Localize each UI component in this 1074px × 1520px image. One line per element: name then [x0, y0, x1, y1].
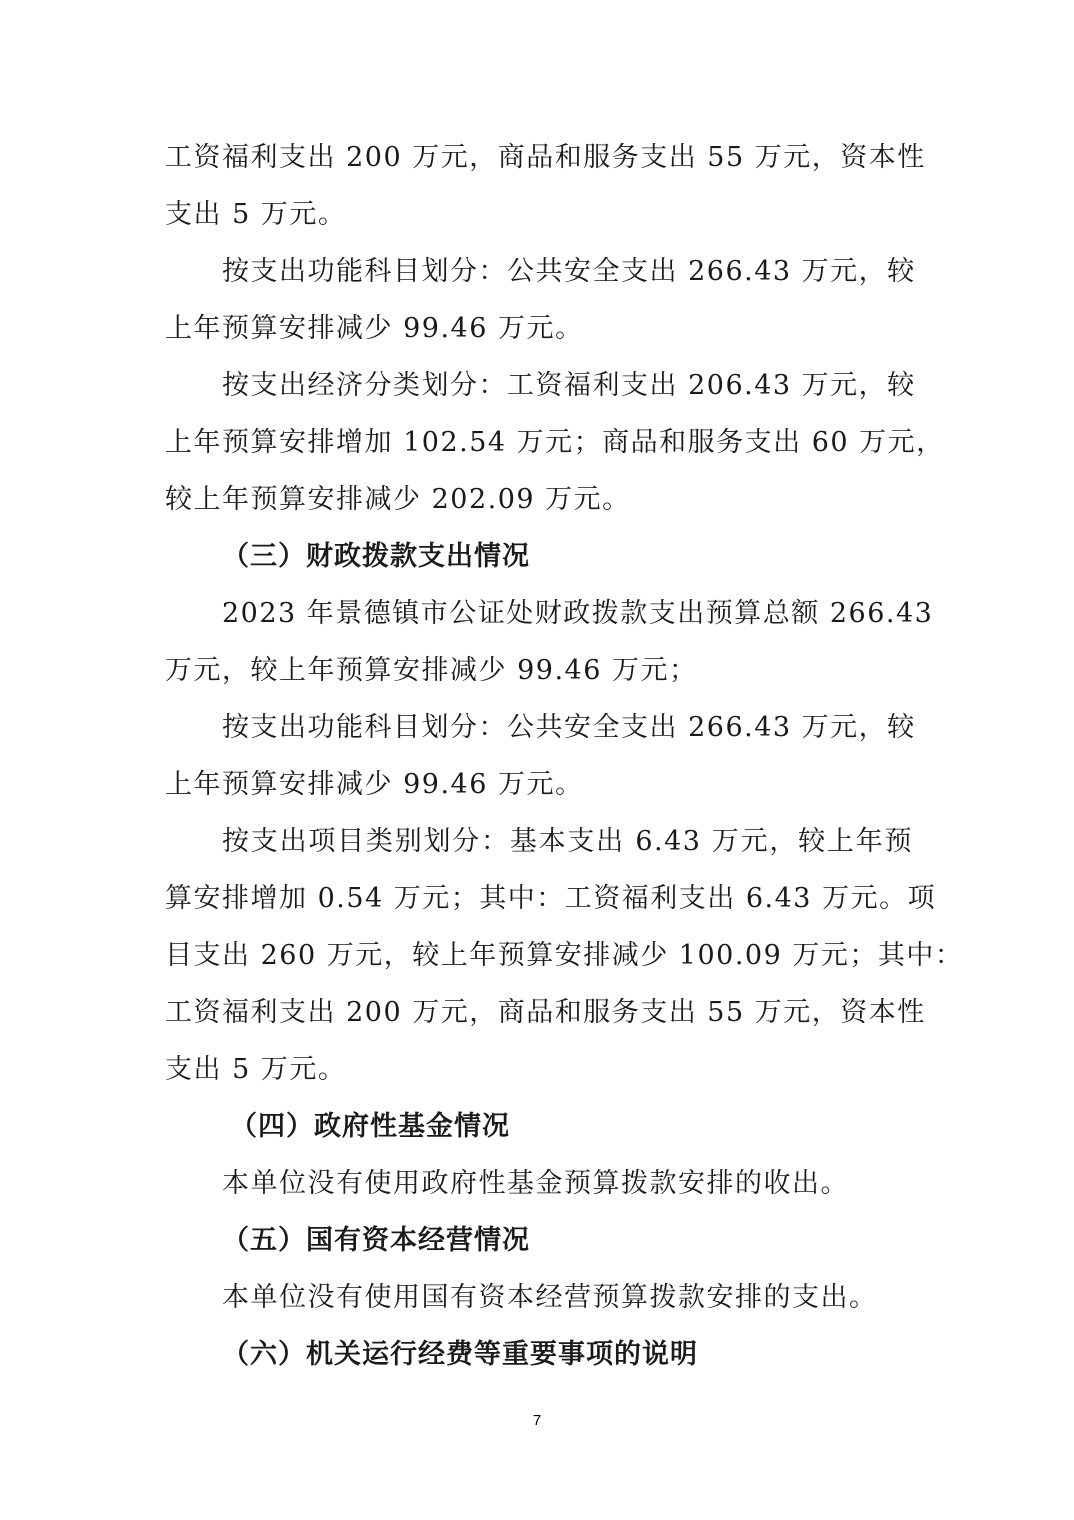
- paragraph-line: 支出 5 万元。: [165, 187, 346, 243]
- paragraph-line: 目支出 260 万元，较上年预算安排减少 100.09 万元；其中：: [165, 928, 913, 984]
- paragraph-line: 支出 5 万元。: [165, 1042, 346, 1098]
- section-heading-6: （六）机关运行经费等重要事项的说明: [222, 1327, 698, 1383]
- paragraph-line: 按支出功能科目划分：公共安全支出 266.43 万元，较: [222, 700, 913, 756]
- paragraph-line: 上年预算安排增加 102.54 万元；商品和服务支出 60 万元，: [165, 415, 913, 471]
- paragraph-line: 本单位没有使用国有资本经营预算拨款安排的支出。: [222, 1270, 878, 1326]
- section-heading-3: （三）财政拨款支出情况: [222, 529, 530, 585]
- paragraph-line: 上年预算安排减少 99.46 万元。: [165, 301, 583, 357]
- paragraph-line: 2023 年景德镇市公证处财政拨款支出预算总额 266.43: [222, 586, 913, 642]
- paragraph-line: 按支出功能科目划分：公共安全支出 266.43 万元，较: [222, 244, 913, 300]
- paragraph-line: 本单位没有使用政府性基金预算拨款安排的收出。: [222, 1156, 849, 1212]
- paragraph-line: 按支出经济分类划分：工资福利支出 206.43 万元，较: [222, 358, 913, 414]
- section-heading-5: （五）国有资本经营情况: [222, 1213, 530, 1269]
- paragraph-line: 按支出项目类别划分：基本支出 6.43 万元，较上年预: [222, 814, 913, 870]
- page-number: 7: [0, 1412, 1074, 1429]
- paragraph-line: 较上年预算安排减少 202.09 万元。: [165, 472, 631, 528]
- paragraph-line: 万元，较上年预算安排减少 99.46 万元；: [165, 643, 697, 699]
- paragraph-line: 工资福利支出 200 万元，商品和服务支出 55 万元，资本性: [165, 985, 913, 1041]
- paragraph-line: 工资福利支出 200 万元，商品和服务支出 55 万元，资本性: [165, 130, 913, 186]
- section-heading-4: （四）政府性基金情况: [230, 1099, 510, 1155]
- paragraph-line: 上年预算安排减少 99.46 万元。: [165, 757, 583, 813]
- paragraph-line: 算安排增加 0.54 万元；其中：工资福利支出 6.43 万元。项: [165, 871, 913, 927]
